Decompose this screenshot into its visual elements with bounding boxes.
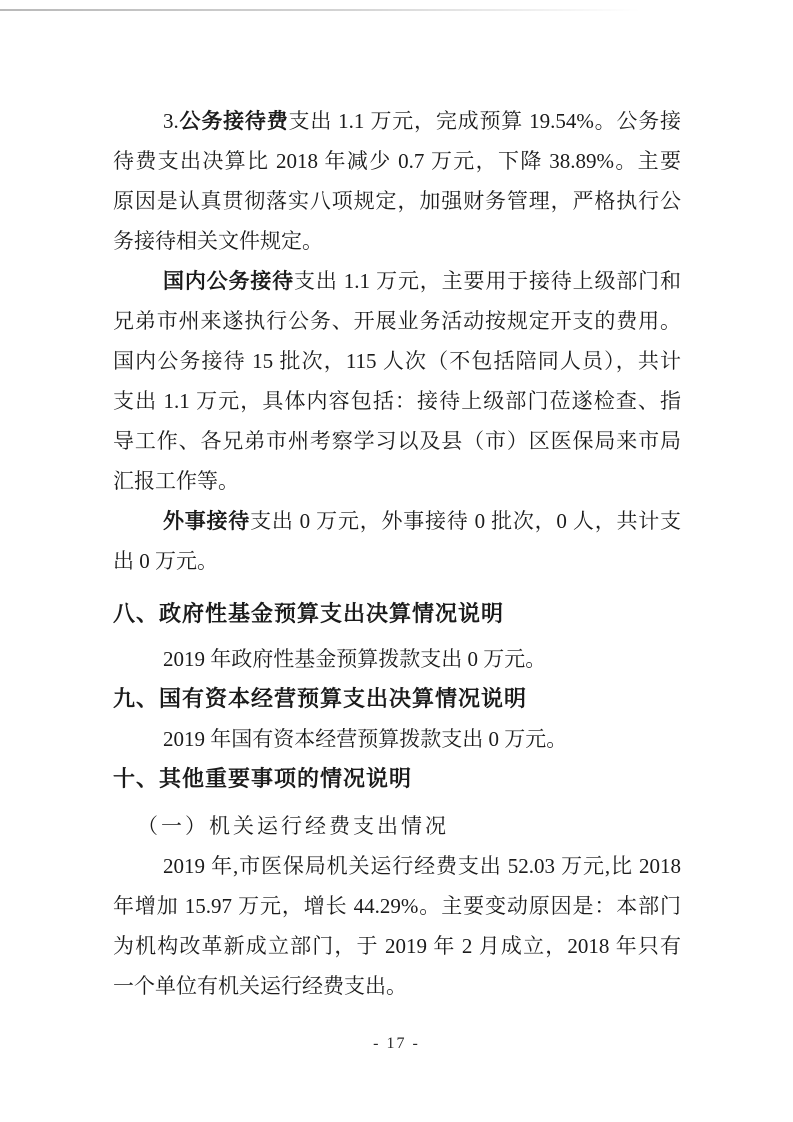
paragraph-line: 国内公务接待 15 批次，115 人次（不包括陪同人员），共计 — [113, 341, 681, 381]
subsection-heading: （一）机关运行经费支出情况 — [113, 806, 681, 846]
section-heading-8: 八、政府性基金预算支出决算情况说明 — [113, 594, 681, 634]
paragraph-line: 原因是认真贯彻落实八项规定，加强财务管理，严格执行公 — [113, 181, 681, 221]
paragraph-line: 2019 年国有资本经营预算拨款支出 0 万元。 — [113, 719, 681, 759]
bold-term: 公务接待费 — [179, 110, 289, 133]
bold-term: 国内公务接待 — [163, 270, 294, 293]
paragraph-line: 兄弟市州来遂执行公务、开展业务活动按规定开支的费用。 — [113, 301, 681, 341]
section-heading-9: 九、国有资本经营预算支出决算情况说明 — [113, 679, 681, 719]
paragraph-line: 一个单位有机关运行经费支出。 — [113, 966, 681, 1006]
paragraph-line: 国内公务接待支出 1.1 万元，主要用于接待上级部门和 — [113, 261, 681, 301]
document-body: 3.公务接待费支出 1.1 万元，完成预算 19.54%。公务接 待费支出决算比… — [113, 101, 681, 1006]
page-number: - 17 - — [0, 1030, 793, 1058]
paragraph-line: 3.公务接待费支出 1.1 万元，完成预算 19.54%。公务接 — [113, 101, 681, 141]
line-text: 支出 1.1 万元，完成预算 19.54%。公务接 — [289, 109, 681, 133]
bold-term: 外事接待 — [163, 510, 250, 533]
paragraph-line: 为机构改革新成立部门，于 2019 年 2 月成立，2018 年只有 — [113, 926, 681, 966]
paragraph-line: 待费支出决算比 2018 年减少 0.7 万元，下降 38.89%。主要 — [113, 141, 681, 181]
paragraph-line: 导工作、各兄弟市州考察学习以及县（市）区医保局来市局 — [113, 421, 681, 461]
scan-artifact-line — [0, 9, 640, 11]
line-text: 支出 1.1 万元，主要用于接待上级部门和 — [294, 269, 681, 293]
paragraph-line: 2019 年,市医保局机关运行经费支出 52.03 万元,比 2018 — [113, 846, 681, 886]
line-text: 支出 0 万元，外事接待 0 批次，0 人，共计支 — [250, 509, 681, 533]
paragraph-line: 支出 1.1 万元，具体内容包括：接待上级部门莅遂检查、指 — [113, 381, 681, 421]
paragraph-line: 年增加 15.97 万元，增长 44.29%。主要变动原因是：本部门 — [113, 886, 681, 926]
paragraph-line: 外事接待支出 0 万元，外事接待 0 批次，0 人，共计支 — [113, 501, 681, 541]
paragraph-line: 务接待相关文件规定。 — [113, 221, 681, 261]
line-text: 3. — [163, 109, 179, 133]
paragraph-line: 出 0 万元。 — [113, 541, 681, 581]
document-page: 3.公务接待费支出 1.1 万元，完成预算 19.54%。公务接 待费支出决算比… — [0, 0, 793, 1122]
paragraph-line: 汇报工作等。 — [113, 461, 681, 501]
paragraph-line: 2019 年政府性基金预算拨款支出 0 万元。 — [113, 639, 681, 679]
section-heading-10: 十、其他重要事项的情况说明 — [113, 759, 681, 799]
